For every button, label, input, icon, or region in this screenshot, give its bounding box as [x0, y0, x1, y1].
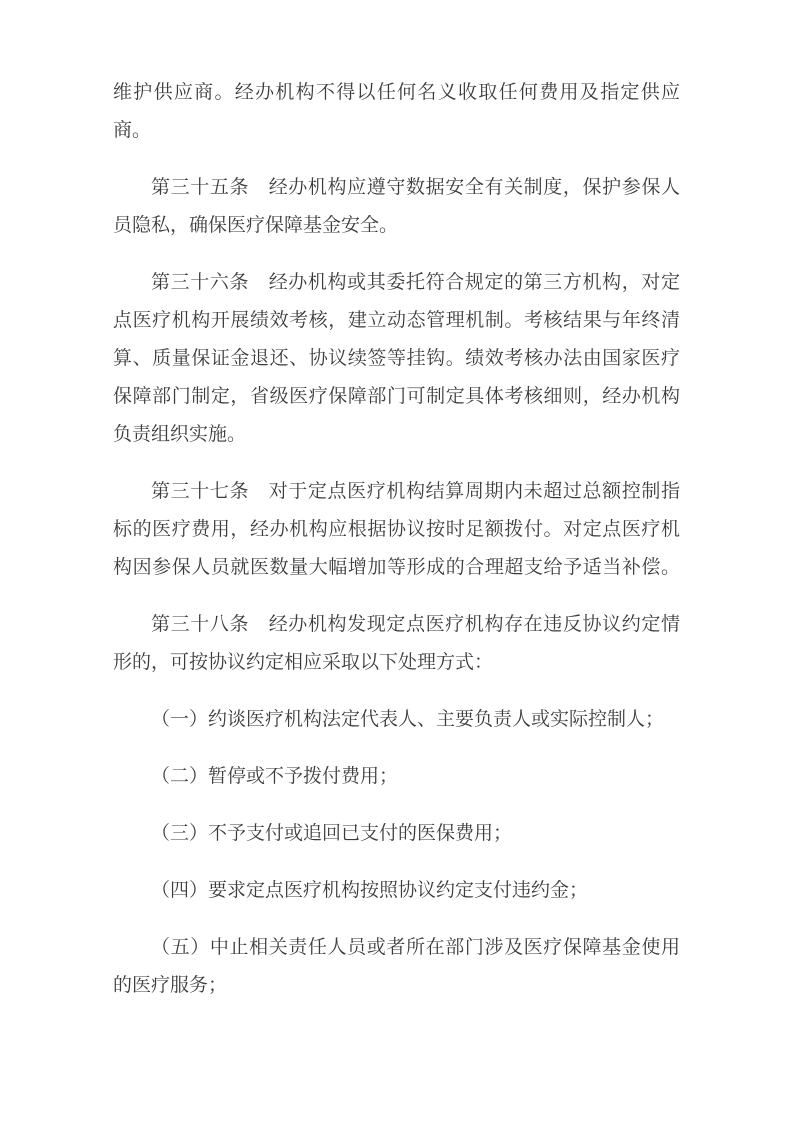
text-line: 商。: [113, 112, 680, 150]
text-line: （四）要求定点医疗机构按照协议约定支付违约金；: [113, 872, 680, 910]
text-line: 第三十七条 对于定点医疗机构结算周期内未超过总额控制指: [113, 473, 680, 511]
document-page: 维护供应商。经办机构不得以任何名义收取任何费用及指定供应 商。 第三十五条 经办…: [0, 0, 793, 1122]
text-line: 保障部门制定，省级医疗保障部门可制定具体考核细则，经办机构: [113, 378, 680, 416]
text-line: 点医疗机构开展绩效考核，建立动态管理机制。考核结果与年终清: [113, 302, 680, 340]
text-line: 维护供应商。经办机构不得以任何名义收取任何费用及指定供应: [113, 74, 680, 112]
text-line: 第三十五条 经办机构应遵守数据安全有关制度，保护参保人: [113, 169, 680, 207]
text-line: （三）不予支付或追回已支付的医保费用；: [113, 815, 680, 853]
text-line: 算、质量保证金退还、协议续签等挂钩。绩效考核办法由国家医疗: [113, 340, 680, 378]
text-line: （一）约谈医疗机构法定代表人、主要负责人或实际控制人；: [113, 701, 680, 739]
paragraph-article-37: 第三十七条 对于定点医疗机构结算周期内未超过总额控制指 标的医疗费用，经办机构应…: [113, 473, 680, 587]
paragraph-article-38-item-4: （四）要求定点医疗机构按照协议约定支付违约金；: [113, 872, 680, 910]
paragraph-article-38-item-1: （一）约谈医疗机构法定代表人、主要负责人或实际控制人；: [113, 701, 680, 739]
text-line: 构因参保人员就医数量大幅增加等形成的合理超支给予适当补偿。: [113, 549, 680, 587]
text-line: 负责组织实施。: [113, 416, 680, 454]
text-line: （五）中止相关责任人员或者所在部门涉及医疗保障基金使用: [113, 929, 680, 967]
text-line: 第三十八条 经办机构发现定点医疗机构存在违反协议约定情: [113, 606, 680, 644]
paragraph-article-38: 第三十八条 经办机构发现定点医疗机构存在违反协议约定情 形的，可按协议约定相应采…: [113, 606, 680, 682]
text-line: 员隐私，确保医疗保障基金安全。: [113, 207, 680, 245]
text-line: 形的，可按协议约定相应采取以下处理方式：: [113, 644, 680, 682]
paragraph-article-34-continuation: 维护供应商。经办机构不得以任何名义收取任何费用及指定供应 商。: [113, 74, 680, 150]
text-line: 第三十六条 经办机构或其委托符合规定的第三方机构，对定: [113, 264, 680, 302]
paragraph-article-38-item-2: （二）暂停或不予拨付费用；: [113, 758, 680, 796]
text-line: 标的医疗费用，经办机构应根据协议按时足额拨付。对定点医疗机: [113, 511, 680, 549]
paragraph-article-38-item-3: （三）不予支付或追回已支付的医保费用；: [113, 815, 680, 853]
paragraph-article-35: 第三十五条 经办机构应遵守数据安全有关制度，保护参保人 员隐私，确保医疗保障基金…: [113, 169, 680, 245]
paragraph-article-36: 第三十六条 经办机构或其委托符合规定的第三方机构，对定 点医疗机构开展绩效考核，…: [113, 264, 680, 454]
paragraph-article-38-item-5: （五）中止相关责任人员或者所在部门涉及医疗保障基金使用 的医疗服务；: [113, 929, 680, 1005]
text-line: （二）暂停或不予拨付费用；: [113, 758, 680, 796]
text-line: 的医疗服务；: [113, 967, 680, 1005]
